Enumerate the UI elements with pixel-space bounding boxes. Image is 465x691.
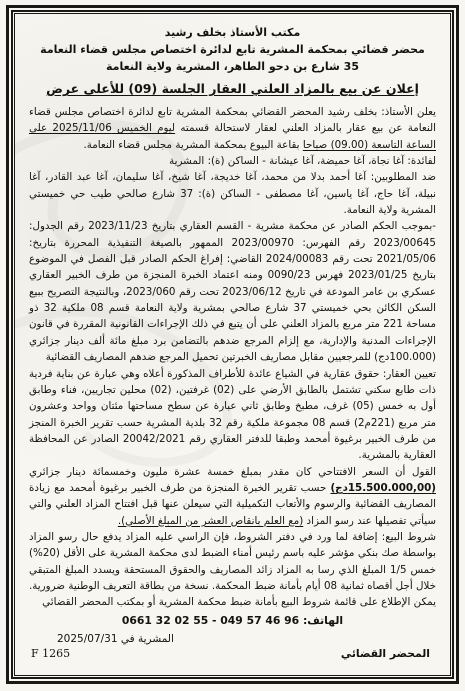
beneficiaries-line: لفائدة: آغا نجاة، آغا حميضة، آغا عيشانة … bbox=[29, 153, 436, 169]
intro-text-after: بقاعة البيوع بمحكمة المشرية مجلس قضاء ال… bbox=[83, 139, 302, 151]
price-reduction-note: (مع العلم بانقاص العشر من المبلغ الأصلي)… bbox=[118, 515, 303, 527]
opening-price-paragraph: القول أن السعر الافتتاحي كان مقدر بمبلغ … bbox=[29, 464, 436, 529]
sale-conditions-paragraph: شروط البيع: إضافة لما ورد في دفتر الشروط… bbox=[29, 529, 436, 611]
property-label: تعيين العقار: bbox=[383, 368, 436, 380]
document-header: مكتب الأستاذ بخلف رشيد محضر قضائي بمحكمة… bbox=[29, 24, 436, 99]
outer-border-frame: مكتب الأستاذ بخلف رشيد محضر قضائي بمحكمة… bbox=[6, 5, 459, 684]
property-description-paragraph: تعيين العقار: حقوق عقارية في الشياع عائد… bbox=[29, 366, 436, 464]
property-text: حقوق عقارية في الشياع عائدة للأطراف المذ… bbox=[29, 368, 436, 462]
phone-line: الهاتف: 0661 32 02 55 - 049 57 46 96 bbox=[29, 614, 436, 627]
announcement-body: يعلن الأستاذ: بخلف رشيد المحضر القضائي ب… bbox=[29, 104, 436, 611]
announcement-page: مكتب الأستاذ بخلف رشيد محضر قضائي بمحكمة… bbox=[0, 0, 465, 691]
bailiff-signature-title: المحضر القضائي bbox=[341, 647, 430, 660]
office-name: مكتب الأستاذ بخلف رشيد bbox=[29, 24, 436, 41]
opening-price-amount: (15.500.000,00دج) bbox=[330, 482, 436, 494]
sale-conditions-label: شروط البيع: bbox=[382, 531, 436, 543]
announcement-title: إعلان عن بيع بالمزاد العلني العقار الجلس… bbox=[29, 79, 436, 99]
signature-row: المحضر القضائي F 1265 bbox=[29, 647, 436, 660]
sale-conditions-text: إضافة لما ورد في دفتر الشروط، فإن الراسي… bbox=[29, 531, 436, 608]
phone-numbers: 0661 32 02 55 - 049 57 46 96 bbox=[122, 614, 299, 627]
publication-reference: F 1265 bbox=[31, 647, 70, 660]
office-address: 35 شارع بن دحو الطاهر، المشرية ولاية الن… bbox=[29, 58, 436, 75]
place-date-line: المشرية في 2025/07/31 bbox=[29, 633, 436, 645]
price-text-before: القول أن السعر الافتتاحي كان مقدر بمبلغ … bbox=[29, 466, 436, 478]
inner-border-frame: مكتب الأستاذ بخلف رشيد محضر قضائي بمحكمة… bbox=[14, 13, 451, 676]
middle-border-frame: مكتب الأستاذ بخلف رشيد محضر قضائي بمحكمة… bbox=[11, 10, 454, 679]
bailiff-title-line: محضر قضائي بمحكمة المشرية تابع لدائرة اخ… bbox=[29, 41, 436, 58]
phone-label: الهاتف: bbox=[303, 614, 343, 627]
intro-paragraph: يعلن الأستاذ: بخلف رشيد المحضر القضائي ب… bbox=[29, 104, 436, 153]
document-content: مكتب الأستاذ بخلف رشيد محضر قضائي بمحكمة… bbox=[29, 24, 436, 660]
judgment-paragraph: -بموجب الحكم الصادر عن محكمة مشرية - الق… bbox=[29, 218, 436, 365]
defendants-line: ضد المطلوبين: آغا أحمد بدلا من محمد، آغا… bbox=[29, 169, 436, 218]
